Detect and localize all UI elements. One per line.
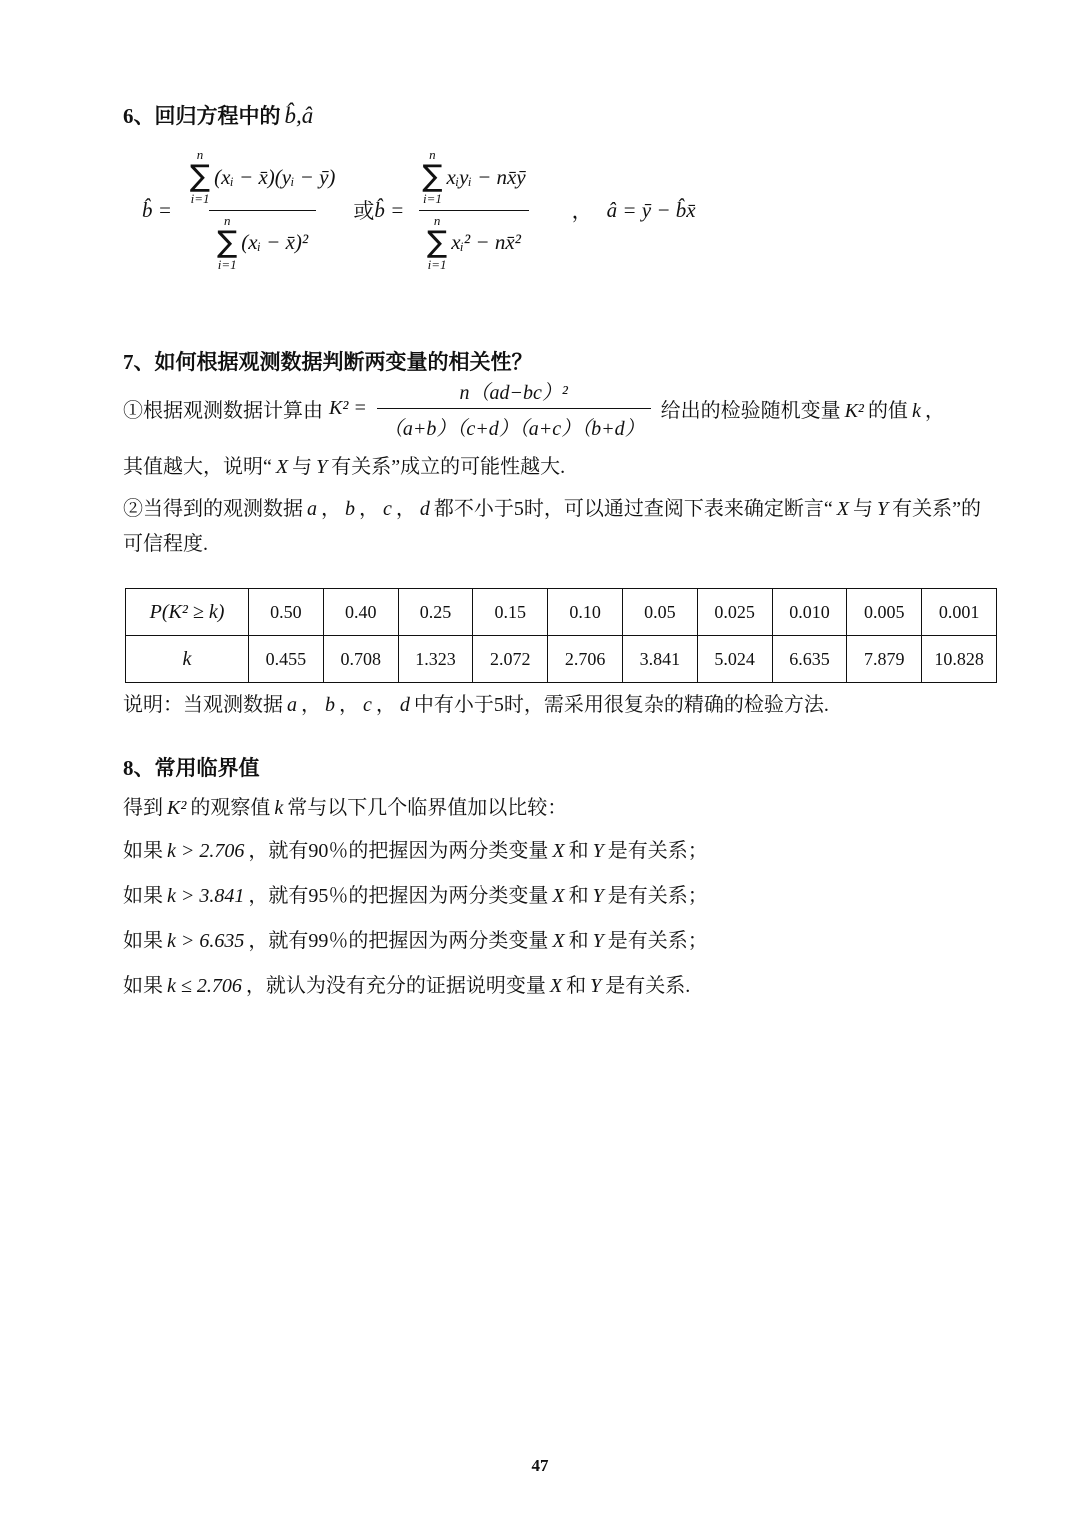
document-page: 6、回归方程中的b̂,â b̂ = n ∑ i=1 (xᵢ − x̄)(yᵢ −… [0,0,1080,1527]
text-segment: X [552,840,564,862]
sigma-icon: ∑ [422,162,442,192]
text-segment: 7、 [123,350,155,374]
fraction-1: n ∑ i=1 (xᵢ − x̄)(yᵢ − ȳ) n ∑ i=1 (xᵢ − … [182,148,343,272]
a-hat-formula: â = ȳ − b̂x̄ [607,198,696,223]
text-segment: ，就认为没有充分的证据说明变量 [246,975,546,997]
text-segment: k > 6.635 [167,930,244,952]
text-segment: 如果 [123,885,163,907]
threshold-line-99: 如果k > 6.635，就有99％的把握因为两分类变量X和Y是有关系； [123,926,708,956]
threshold-line-95: 如果k > 3.841，就有95％的把握因为两分类变量X和Y是有关系； [123,881,708,911]
sum-icon: n ∑ i=1 [422,148,442,207]
table-cell: 0.708 [323,636,398,683]
page-number: 47 [0,1456,1080,1476]
text-segment: k [274,797,283,819]
text-segment: 有关系”的 [892,498,981,520]
table-row-label: k [126,636,249,683]
text-segment: 常用临界值 [155,757,260,780]
table-row: P(K² ≥ k)0.500.400.250.150.100.050.0250.… [126,589,997,636]
table-cell: 0.025 [697,589,772,636]
text-segment: ②当得到的观测数据 [123,498,303,520]
table-cell: 0.15 [473,589,548,636]
table-cell: 0.05 [622,589,697,636]
k2-formula-suffix: 给出的检验随机变量K²的值k， [661,394,945,423]
text-segment: K² [167,797,186,819]
b-hat-equals-2: b̂ = [374,198,404,223]
fraction-2: n ∑ i=1 xᵢyᵢ − nx̄ȳ n ∑ i=1 xᵢ² − nx̄² [414,148,533,272]
denominator-expression: (xᵢ − x̄)² [241,230,308,255]
sigma-icon: ∑ [217,228,237,258]
text-segment: 常与以下几个临界值加以比较： [287,797,567,819]
text-segment: 8、 [123,756,155,780]
k2-formula-line: ①根据观测数据计算由 K² = n（ad−bc）² （a+b）（c+d）（a+c… [123,376,945,441]
text-segment: Y [593,840,604,862]
text-segment: X [552,885,564,907]
table-cell: 1.323 [398,636,473,683]
text-segment: 中有小于5时，需采用很复杂的精确的检验方法. [414,694,829,716]
text-segment: k ≤ 2.706 [167,975,242,997]
table-row: k0.4550.7081.3232.0722.7063.8415.0246.63… [126,636,997,683]
text-segment: Y [593,930,604,952]
text-segment: 都不小于5时，可以通过查阅下表来确定断言“ [434,498,833,520]
table-row-label: P(K² ≥ k) [126,589,249,636]
table-cell: 3.841 [622,636,697,683]
text-segment: 是有关系. [605,975,690,997]
sum-lower-limit: i=1 [218,258,237,272]
denominator-expression: xᵢ² − nx̄² [451,230,521,255]
text-segment: 如何根据观测数据判断两变量的相关性？ [155,351,533,374]
table-cell: 10.828 [922,636,997,683]
text-segment: ， [396,498,416,520]
text-segment: Y [590,975,601,997]
text-segment: ， [321,498,341,520]
text-segment: 回归方程中的 [155,105,281,128]
k2-denominator: （a+b）（c+d）（a+c）（b+d） [377,408,651,441]
or-connector: 或 [353,195,374,225]
table-cell: 0.005 [847,589,922,636]
text-segment: 6、 [123,104,155,128]
text-segment: K² [845,400,864,422]
table-cell: 0.50 [249,589,324,636]
table-cell: 0.010 [772,589,847,636]
text-segment: ， [301,694,321,716]
paragraph-significance: 其值越大，说明“X与Y有关系”成立的可能性越大. [123,452,565,482]
text-segment: 和 [569,885,589,907]
k2-equals: K² = [329,397,367,420]
text-segment: 如果 [123,840,163,862]
table-cell: 0.25 [398,589,473,636]
k2-observed-intro: 得到K²的观察值k常与以下几个临界值加以比较： [123,793,567,823]
text-segment: 是有关系； [608,930,708,952]
k2-fraction: n（ad−bc）² （a+b）（c+d）（a+c）（b+d） [377,376,651,441]
text-segment: X [550,975,562,997]
table-cell: 0.001 [922,589,997,636]
threshold-line-90: 如果k > 2.706，就有90％的把握因为两分类变量X和Y是有关系； [123,836,708,866]
text-segment: a [287,694,297,716]
text-segment: ， [339,694,359,716]
section-8-heading: 8、常用临界值 [123,752,260,782]
text-segment: 是有关系； [608,885,708,907]
b-hat-equals: b̂ = [142,198,172,223]
text-segment: b [325,694,335,716]
regression-coefficient-formula: b̂ = n ∑ i=1 (xᵢ − x̄)(yᵢ − ȳ) n ∑ i=1 (… [142,148,696,272]
table-cell: 2.072 [473,636,548,683]
text-segment: ， [376,694,396,716]
comma-separator: ， [572,195,593,225]
text-segment: ， [925,400,945,422]
text-segment: b̂,â [285,103,314,128]
text-segment: b [345,498,355,520]
text-segment: c [383,498,392,520]
text-segment: X [552,930,564,952]
table-cell: 6.635 [772,636,847,683]
text-segment: 和 [569,930,589,952]
text-segment: Y [593,885,604,907]
text-segment: k > 2.706 [167,840,244,862]
critical-values-table-wrap: P(K² ≥ k)0.500.400.250.150.100.050.0250.… [125,588,997,683]
text-segment: ，就有99％的把握因为两分类变量 [248,930,548,952]
text-segment: 和 [566,975,586,997]
section-6-heading: 6、回归方程中的b̂,â [123,100,313,130]
text-segment: 可信程度. [123,533,208,555]
k2-numerator: n（ad−bc）² [454,376,574,408]
text-segment: 和 [569,840,589,862]
sum-lower-limit: i=1 [428,258,447,272]
text-segment: 其值越大，说明“ [123,456,272,478]
paragraph-observed-data: ②当得到的观测数据a，b，c，d都不小于5时，可以通过查阅下表来确定断言“X与Y… [123,494,981,524]
text-segment: ，就有90％的把握因为两分类变量 [248,840,548,862]
sum-icon: n ∑ i=1 [190,148,210,207]
sum-lower-limit: i=1 [423,192,442,206]
text-segment: a [307,498,317,520]
text-segment: 如果 [123,930,163,952]
threshold-line-none: 如果k ≤ 2.706，就认为没有充分的证据说明变量X和Y是有关系. [123,971,690,1001]
text-segment: Y [877,498,888,520]
paragraph-confidence: 可信程度. [123,529,208,559]
sigma-icon: ∑ [190,162,210,192]
text-segment: k > 3.841 [167,885,244,907]
sum-icon: n ∑ i=1 [427,214,447,273]
numerator-expression: xᵢyᵢ − nx̄ȳ [447,165,526,190]
table-cell: 2.706 [548,636,623,683]
text-segment: Y [316,456,327,478]
text-segment: d [420,498,430,520]
text-segment: X [276,456,288,478]
text-segment: ，就有95％的把握因为两分类变量 [248,885,548,907]
table-cell: 5.024 [697,636,772,683]
text-segment: 如果 [123,975,163,997]
text-segment: k [912,400,921,422]
table-note: 说明：当观测数据a，b，c，d中有小于5时，需采用很复杂的精确的检验方法. [123,690,829,720]
k2-formula-prefix: ①根据观测数据计算由 [123,394,323,423]
text-segment: X [837,498,849,520]
text-segment: 给出的检验随机变量 [661,400,841,422]
table-cell: 0.455 [249,636,324,683]
numerator-expression: (xᵢ − x̄)(yᵢ − ȳ) [214,165,335,190]
text-segment: 与 [292,456,312,478]
section-7-heading: 7、如何根据观测数据判断两变量的相关性？ [123,346,533,376]
table-cell: 0.10 [548,589,623,636]
sum-icon: n ∑ i=1 [217,214,237,273]
text-segment: 得到 [123,797,163,819]
table-cell: 0.40 [323,589,398,636]
text-segment: c [363,694,372,716]
text-segment: 的观察值 [190,797,270,819]
critical-values-table: P(K² ≥ k)0.500.400.250.150.100.050.0250.… [125,588,997,683]
text-segment: 的值 [868,400,908,422]
text-segment: ， [359,498,379,520]
text-segment: 是有关系； [608,840,708,862]
text-segment: 说明：当观测数据 [123,694,283,716]
sum-lower-limit: i=1 [191,192,210,206]
table-cell: 7.879 [847,636,922,683]
text-segment: d [400,694,410,716]
sigma-icon: ∑ [427,228,447,258]
text-segment: 与 [853,498,873,520]
text-segment: 有关系”成立的可能性越大. [331,456,565,478]
